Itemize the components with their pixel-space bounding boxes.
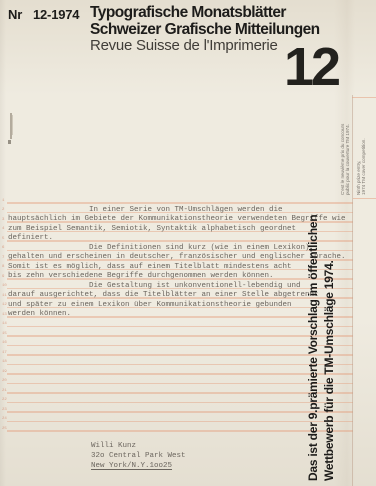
- magazine-cover: Nr 12-1974 Typografische Monatsblätter S…: [0, 0, 376, 486]
- headline-line-2: Wettbewerb für die TM-Umschläge 1974.: [321, 189, 337, 481]
- ruled-line-number: 5: [2, 237, 4, 241]
- margin-mark-bar: [12, 115, 13, 135]
- address-city: New York/N.Y.1oo25: [91, 462, 172, 470]
- caption-english: Ninth prize entry, 1974 TM cover competi…: [356, 98, 366, 195]
- ruled-line-row: 1: [0, 194, 353, 204]
- ruled-line-number: 4: [2, 227, 4, 231]
- issue-label: Nr: [8, 7, 22, 22]
- ruled-line-number: 7: [2, 256, 4, 260]
- rotated-caption: C'est le neuvième prix du concours publi…: [336, 98, 356, 195]
- typewriter-text: In einer Serie von TM-Umschlägen werden …: [8, 206, 346, 320]
- ruled-line-row: 23: [0, 403, 353, 413]
- ruled-line-number: 1: [2, 199, 4, 203]
- issue-number: 12-1974: [33, 7, 79, 22]
- margin-mark-foot: [8, 140, 11, 144]
- ruled-line-number: 9: [2, 275, 4, 279]
- ruled-line-row: 17: [0, 346, 353, 356]
- caption-french: C'est le neuvième prix du concours publi…: [340, 98, 350, 195]
- ruled-line-row: 18: [0, 356, 353, 366]
- ruled-line-number: 6: [2, 246, 4, 250]
- address-name: Willi Kunz: [91, 442, 136, 450]
- title-german: Typografische Monatsblätter: [90, 5, 320, 22]
- ruled-line-number: 3: [2, 218, 4, 222]
- ruled-line-row: 24: [0, 413, 353, 423]
- ruled-line-row: 15: [0, 327, 353, 337]
- headline-line-1: Das ist der 9.prämierte Vorschlag im öff…: [306, 189, 322, 481]
- big-issue-number: 12: [284, 40, 338, 94]
- ruled-line-number: 8: [2, 265, 4, 269]
- ruled-line-row: 19: [0, 365, 353, 375]
- ruled-line-row: 22: [0, 394, 353, 404]
- ruled-line: [7, 430, 353, 431]
- ruled-line-number: 2: [2, 208, 4, 212]
- right-column-bottom-rule: [353, 198, 376, 199]
- title-german-2: Schweizer Grafische Mitteilungen: [90, 22, 320, 39]
- rotated-headline: Das ist der 9.prämierte Vorschlag im öff…: [306, 189, 337, 481]
- ruled-line-row: 16: [0, 337, 353, 347]
- ruled-line-row: 21: [0, 384, 353, 394]
- margin-registration-mark: [9, 113, 14, 140]
- ruled-line-row: 25: [0, 422, 353, 432]
- address-street: 32o Central Park West: [91, 452, 186, 460]
- address-block: Willi Kunz 32o Central Park West New Yor…: [91, 442, 186, 472]
- ruled-line-row: 20: [0, 375, 353, 385]
